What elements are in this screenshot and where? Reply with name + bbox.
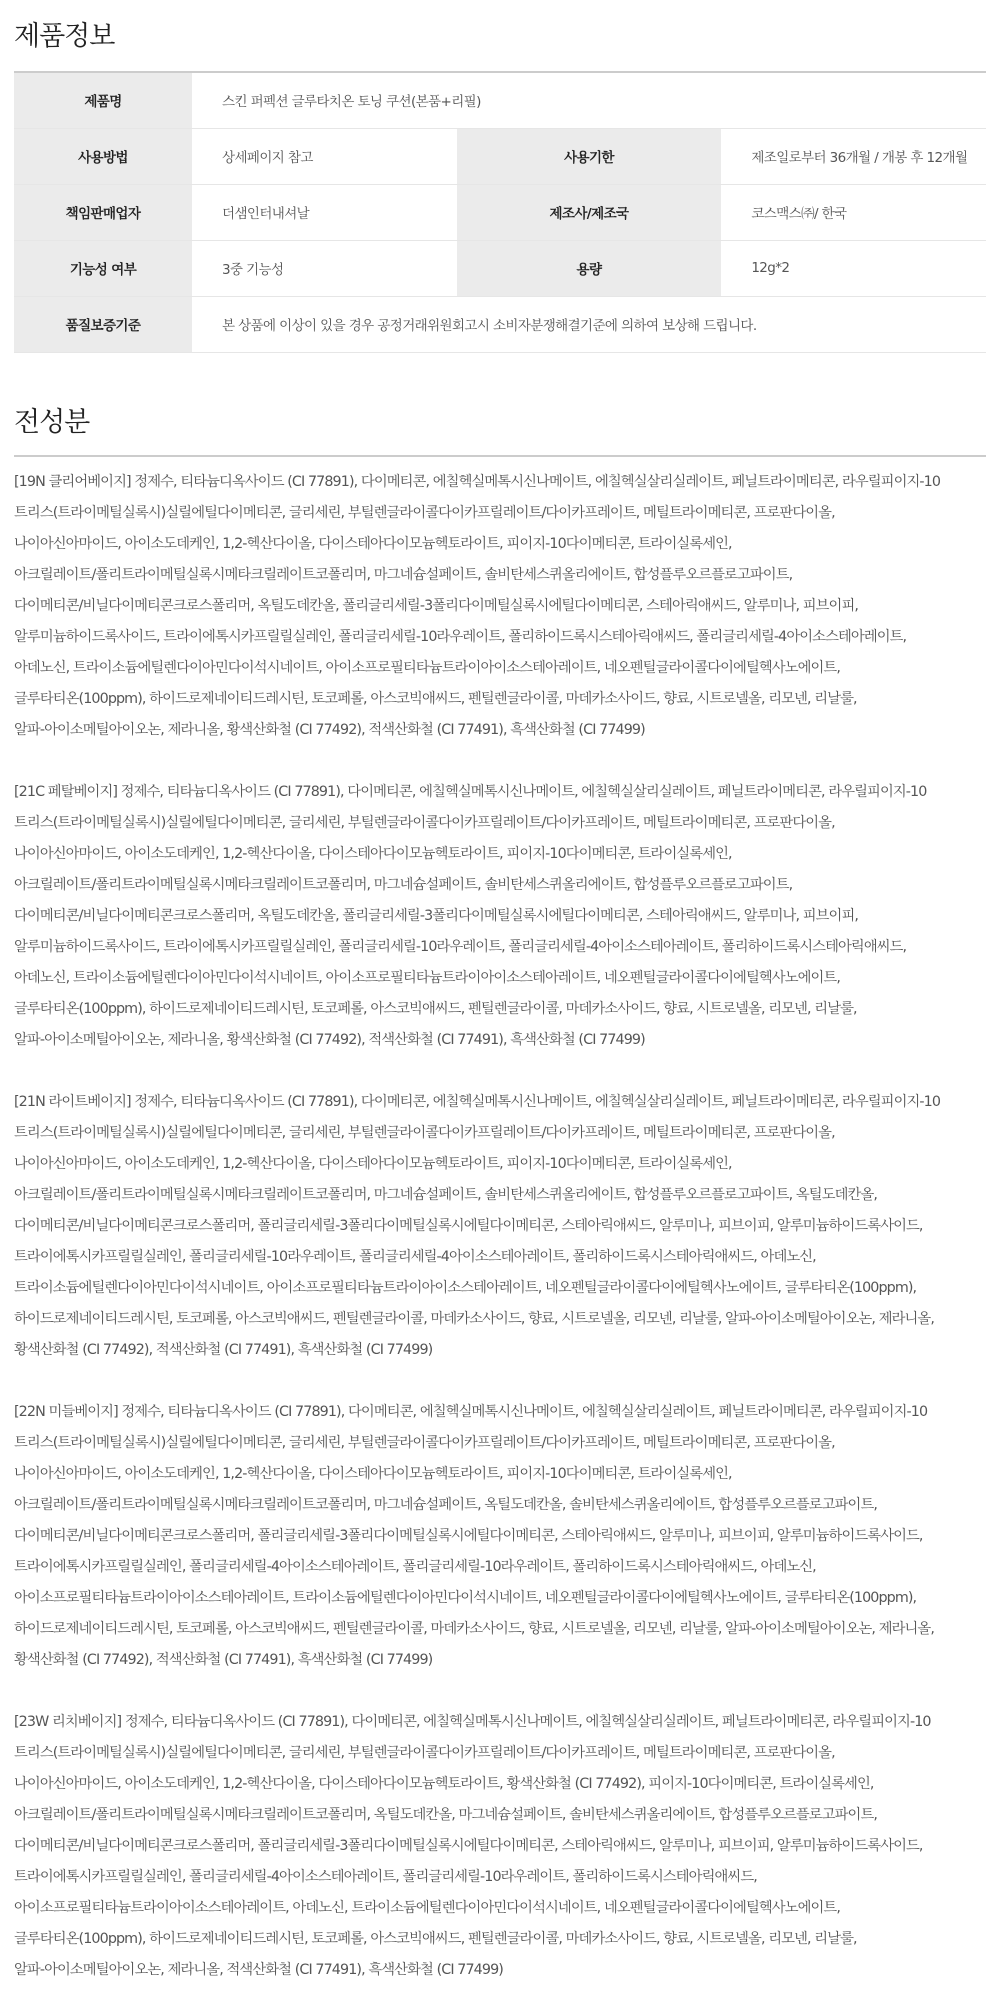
ingredient-line: 알파-아이소메틸아이오논, 제라니올, 황색산화철 (CI 77492), 적색…: [14, 715, 986, 746]
ingredient-block-19n: [19N 클리어베이지] 정제수, 티타늄디옥사이드 (CI 77891), 다…: [14, 467, 986, 746]
ingredient-line: 다이메티콘/비닐다이메티콘크로스폴리머, 폴리글리세릴-3폴리다이메틸실록시에틸…: [14, 1211, 986, 1242]
value-capacity: 12g*2: [721, 240, 986, 296]
ingredient-block-21c: [21C 페탈베이지] 정제수, 티타늄디옥사이드 (CI 77891), 다이…: [14, 777, 986, 1056]
table-row-product-name: 제품명 스킨 퍼펙션 글루타치온 토닝 쿠션(본품+리필): [14, 72, 986, 128]
label-quality: 품질보증기준: [14, 296, 192, 352]
ingredient-line: 글루타티온(100ppm), 하이드로제네이티드레시틴, 토코페롤, 아스코빅애…: [14, 1924, 986, 1955]
ingredient-block-22n: [22N 미들베이지] 정제수, 티타늄디옥사이드 (CI 77891), 다이…: [14, 1397, 986, 1676]
ingredient-block-21n: [21N 라이트베이지] 정제수, 티타늄디옥사이드 (CI 77891), 다…: [14, 1087, 986, 1366]
ingredient-line: 글루타티온(100ppm), 하이드로제네이티드레시틴, 토코페롤, 아스코빅애…: [14, 684, 986, 715]
value-product-name: 스킨 퍼펙션 글루타치온 토닝 쿠션(본품+리필): [192, 72, 986, 128]
label-manufacturer: 제조사/제조국: [457, 184, 722, 240]
ingredient-line: 아크릴레이트/폴리트라이메틸실록시메타크릴레이트코폴리머, 마그네슘설페이트, …: [14, 1180, 986, 1211]
ingredient-line: 트라이에톡시카프릴릴실레인, 폴리글리세릴-4아이소스테아레이트, 폴리글리세릴…: [14, 1552, 986, 1583]
ingredient-line: 트리스(트라이메틸실록시)실릴에틸다이메티콘, 글리세린, 부틸렌글라이콜다이카…: [14, 808, 986, 839]
ingredient-line: 아크릴레이트/폴리트라이메틸실록시메타크릴레이트코폴리머, 옥틸도데칸올, 마그…: [14, 1800, 986, 1831]
value-functional: 3중 기능성: [192, 240, 457, 296]
label-product-name: 제품명: [14, 72, 192, 128]
ingredient-line: 아이소프로필티타늄트라이아이소스테아레이트, 아데노신, 트라이소듐에틸렌다이아…: [14, 1893, 986, 1924]
ingredient-line: 아데노신, 트라이소듐에틸렌다이아민다이석시네이트, 아이소프로필티타늄트라이아…: [14, 963, 986, 994]
ingredient-line: 알파-아이소메틸아이오논, 제라니올, 적색산화철 (CI 77491), 흑색…: [14, 1955, 986, 1986]
value-manufacturer: 코스맥스㈜/ 한국: [721, 184, 986, 240]
ingredient-line: [21N 라이트베이지] 정제수, 티타늄디옥사이드 (CI 77891), 다…: [14, 1087, 986, 1118]
ingredient-line: 나이아신아마이드, 아이소도데케인, 1,2-헥산다이올, 다이스테아다이모늄헥…: [14, 1769, 986, 1800]
ingredient-line: 다이메티콘/비닐다이메티콘크로스폴리머, 폴리글리세릴-3폴리다이메틸실록시에틸…: [14, 1521, 986, 1552]
ingredient-line: 황색산화철 (CI 77492), 적색산화철 (CI 77491), 흑색산화…: [14, 1335, 986, 1366]
ingredient-line: 트라이소듐에틸렌다이아민다이석시네이트, 아이소프로필티타늄트라이아이소스테아레…: [14, 1273, 986, 1304]
ingredient-line: 트리스(트라이메틸실록시)실릴에틸다이메티콘, 글리세린, 부틸렌글라이콜다이카…: [14, 1738, 986, 1769]
ingredient-line: 나이아신아마이드, 아이소도데케인, 1,2-헥산다이올, 다이스테아다이모늄헥…: [14, 1149, 986, 1180]
ingredient-line: 아크릴레이트/폴리트라이메틸실록시메타크릴레이트코폴리머, 마그네슘설페이트, …: [14, 870, 986, 901]
ingredient-line: 아크릴레이트/폴리트라이메틸실록시메타크릴레이트코폴리머, 마그네슘설페이트, …: [14, 560, 986, 591]
ingredient-line: 알파-아이소메틸아이오논, 제라니올, 황색산화철 (CI 77492), 적색…: [14, 1025, 986, 1056]
ingredients-title: 전성분: [14, 353, 986, 455]
ingredient-line: 글루타티온(100ppm), 하이드로제네이티드레시틴, 토코페롤, 아스코빅애…: [14, 994, 986, 1025]
ingredient-line: 하이드로제네이티드레시틴, 토코페롤, 아스코빅애씨드, 펜틸렌글라이콜, 마데…: [14, 1614, 986, 1645]
ingredient-line: 알루미늄하이드록사이드, 트라이에톡시카프릴릴실레인, 폴리글리세릴-10라우레…: [14, 622, 986, 653]
ingredient-line: 다이메티콘/비닐다이메티콘크로스폴리머, 폴리글리세릴-3폴리다이메틸실록시에틸…: [14, 1831, 986, 1862]
ingredient-line: 알루미늄하이드록사이드, 트라이에톡시카프릴릴실레인, 폴리글리세릴-10라우레…: [14, 932, 986, 963]
ingredient-line: 아크릴레이트/폴리트라이메틸실록시메타크릴레이트코폴리머, 마그네슘설페이트, …: [14, 1490, 986, 1521]
value-usage: 상세페이지 참고: [192, 128, 457, 184]
ingredient-line: 나이아신아마이드, 아이소도데케인, 1,2-헥산다이올, 다이스테아다이모늄헥…: [14, 1459, 986, 1490]
ingredient-line: 아데노신, 트라이소듐에틸렌다이아민다이석시네이트, 아이소프로필티타늄트라이아…: [14, 653, 986, 684]
ingredient-line: 다이메티콘/비닐다이메티콘크로스폴리머, 옥틸도데칸올, 폴리글리세릴-3폴리다…: [14, 591, 986, 622]
product-info-title: 제품정보: [14, 0, 986, 71]
ingredient-line: 황색산화철 (CI 77492), 적색산화철 (CI 77491), 흑색산화…: [14, 1645, 986, 1676]
ingredient-line: 나이아신아마이드, 아이소도데케인, 1,2-헥산다이올, 다이스테아다이모늄헥…: [14, 839, 986, 870]
label-expiry: 사용기한: [457, 128, 722, 184]
value-expiry: 제조일로부터 36개월 / 개봉 후 12개월: [721, 128, 986, 184]
ingredient-line: [23W 리치베이지] 정제수, 티타늄디옥사이드 (CI 77891), 다이…: [14, 1707, 986, 1738]
ingredient-line: 트리스(트라이메틸실록시)실릴에틸다이메티콘, 글리세린, 부틸렌글라이콜다이카…: [14, 498, 986, 529]
ingredient-line: 아이소프로필티타늄트라이아이소스테아레이트, 트라이소듐에틸렌다이아민다이석시네…: [14, 1583, 986, 1614]
ingredient-line: 트라이에톡시카프릴릴실레인, 폴리글리세릴-10라우레이트, 폴리글리세릴-4아…: [14, 1242, 986, 1273]
ingredient-line: 트리스(트라이메틸실록시)실릴에틸다이메티콘, 글리세린, 부틸렌글라이콜다이카…: [14, 1118, 986, 1149]
ingredient-line: 트리스(트라이메틸실록시)실릴에틸다이메티콘, 글리세린, 부틸렌글라이콜다이카…: [14, 1428, 986, 1459]
table-row-functional: 기능성 여부 3중 기능성 용량 12g*2: [14, 240, 986, 296]
table-row-usage: 사용방법 상세페이지 참고 사용기한 제조일로부터 36개월 / 개봉 후 12…: [14, 128, 986, 184]
product-info-section: 제품정보 제품명 스킨 퍼펙션 글루타치온 토닝 쿠션(본품+리필) 사용방법 …: [0, 0, 1000, 353]
label-functional: 기능성 여부: [14, 240, 192, 296]
table-row-seller: 책임판매업자 더샘인터내셔날 제조사/제조국 코스맥스㈜/ 한국: [14, 184, 986, 240]
label-seller: 책임판매업자: [14, 184, 192, 240]
ingredient-block-23w: [23W 리치베이지] 정제수, 티타늄디옥사이드 (CI 77891), 다이…: [14, 1707, 986, 1986]
ingredients-divider: [14, 455, 986, 457]
ingredient-line: [19N 클리어베이지] 정제수, 티타늄디옥사이드 (CI 77891), 다…: [14, 467, 986, 498]
ingredient-line: [22N 미들베이지] 정제수, 티타늄디옥사이드 (CI 77891), 다이…: [14, 1397, 986, 1428]
ingredient-line: [21C 페탈베이지] 정제수, 티타늄디옥사이드 (CI 77891), 다이…: [14, 777, 986, 808]
ingredient-line: 다이메티콘/비닐다이메티콘크로스폴리머, 옥틸도데칸올, 폴리글리세릴-3폴리다…: [14, 901, 986, 932]
value-quality: 본 상품에 이상이 있을 경우 공정거래위원회고시 소비자분쟁해결기준에 의하여…: [192, 296, 986, 352]
ingredient-line: 하이드로제네이티드레시틴, 토코페롤, 아스코빅애씨드, 펜틸렌글라이콜, 마데…: [14, 1304, 986, 1335]
ingredient-line: 나이아신아마이드, 아이소도데케인, 1,2-헥산다이올, 다이스테아다이모늄헥…: [14, 529, 986, 560]
product-info-table: 제품명 스킨 퍼펙션 글루타치온 토닝 쿠션(본품+리필) 사용방법 상세페이지…: [14, 71, 986, 353]
label-usage: 사용방법: [14, 128, 192, 184]
ingredients-section: 전성분 [19N 클리어베이지] 정제수, 티타늄디옥사이드 (CI 77891…: [0, 353, 1000, 1986]
table-row-quality: 품질보증기준 본 상품에 이상이 있을 경우 공정거래위원회고시 소비자분쟁해결…: [14, 296, 986, 352]
label-capacity: 용량: [457, 240, 722, 296]
value-seller: 더샘인터내셔날: [192, 184, 457, 240]
ingredient-line: 트라이에톡시카프릴릴실레인, 폴리글리세릴-4아이소스테아레이트, 폴리글리세릴…: [14, 1862, 986, 1893]
